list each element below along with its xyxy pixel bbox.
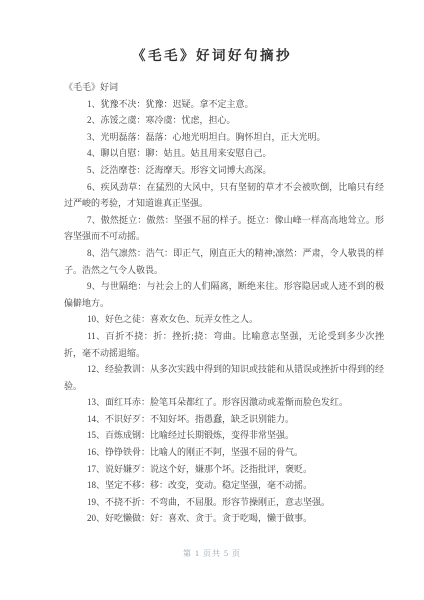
list-item-5: 5、泛浩摩苍：泛海摩天。形容文词博大高深。 [64, 162, 384, 179]
page-number: 第 1 页共 5 页 [183, 549, 241, 558]
list-item-2: 2、冻馁之虞：寒冷虞：忧虑，担心。 [64, 112, 384, 129]
section-heading: 《毛毛》好词 [64, 79, 384, 96]
page-footer: 第 1 页共 5 页 [0, 548, 424, 559]
list-item-14: 14、不识好歹：不知好坏。指愚蠢，缺乏识别能力。 [64, 411, 384, 428]
list-item-8: 8、浩气凛然：浩气：即正气，刚直正大的精神;凛然：严肃，令人敬畏的样子。浩然之气… [64, 245, 384, 278]
list-item-4: 4、聊以自慰：聊：姑且。姑且用来安慰自己。 [64, 145, 384, 162]
list-item-7: 7、傲然挺立：傲然：坚强不屈的样子。挺立：像山峰一样高高地耸立。形容坚强而不可动… [64, 212, 384, 245]
list-item-9: 9、与世隔绝：与社会上的人们隔离，断绝来往。形容隐居或人迹不到的极偏僻地方。 [64, 278, 384, 311]
word-list: 《毛毛》好词 1、犹豫不决：犹豫：迟疑。拿不定主意。 2、冻馁之虞：寒冷虞：忧虑… [64, 79, 384, 527]
list-item-15: 15、百炼成钢：比喻经过长期锻炼，变得非常坚强。 [64, 427, 384, 444]
list-item-20: 20、好吃懒做：好：喜欢、贪于。贪于吃喝，懒于做事。 [64, 510, 384, 527]
list-item-13: 13、面红耳赤：脸笔耳朵都红了。形容因激动或羞惭而脸色发红。 [64, 394, 384, 411]
list-item-19: 19、不挠不折：不弯曲，不屈服。形容节操刚正，意志坚强。 [64, 494, 384, 511]
list-item-3: 3、光明磊落：磊落：心地光明坦白。胸怀坦白，正大光明。 [64, 129, 384, 146]
page-title: 《毛毛》好词好句摘抄 [0, 44, 424, 64]
list-item-18: 18、坚定不移：移：改变，变动。稳定坚强，毫不动摇。 [64, 477, 384, 494]
list-item-17: 17、说好嫌歹：说这个好，嫌那个坏。泛指批评，褒贬。 [64, 461, 384, 478]
list-item-1: 1、犹豫不决：犹豫：迟疑。拿不定主意。 [64, 96, 384, 113]
list-item-16: 16、铮铮铁骨：比喻人的刚正不阿，坚强不屈的骨气。 [64, 444, 384, 461]
document-page: 《毛毛》好词好句摘抄 《毛毛》好词 1、犹豫不决：犹豫：迟疑。拿不定主意。 2、… [0, 0, 424, 600]
list-item-11: 11、百折不挠：折：挫折;挠：弯曲。比喻意志坚强，无论受到多少次挫折，毫不动摇退… [64, 328, 384, 361]
list-item-6: 6、疾风劲草：在猛烈的大风中，只有坚韧的草才不会被吹倒，比喻只有经过严峻的考验，… [64, 179, 384, 212]
list-item-12: 12、经验教训：从多次实践中得到的知识或技能和从错误或挫折中得到的经验。 [64, 361, 384, 394]
list-item-10: 10、好色之徒：喜欢女色、玩弄女性之人。 [64, 311, 384, 328]
